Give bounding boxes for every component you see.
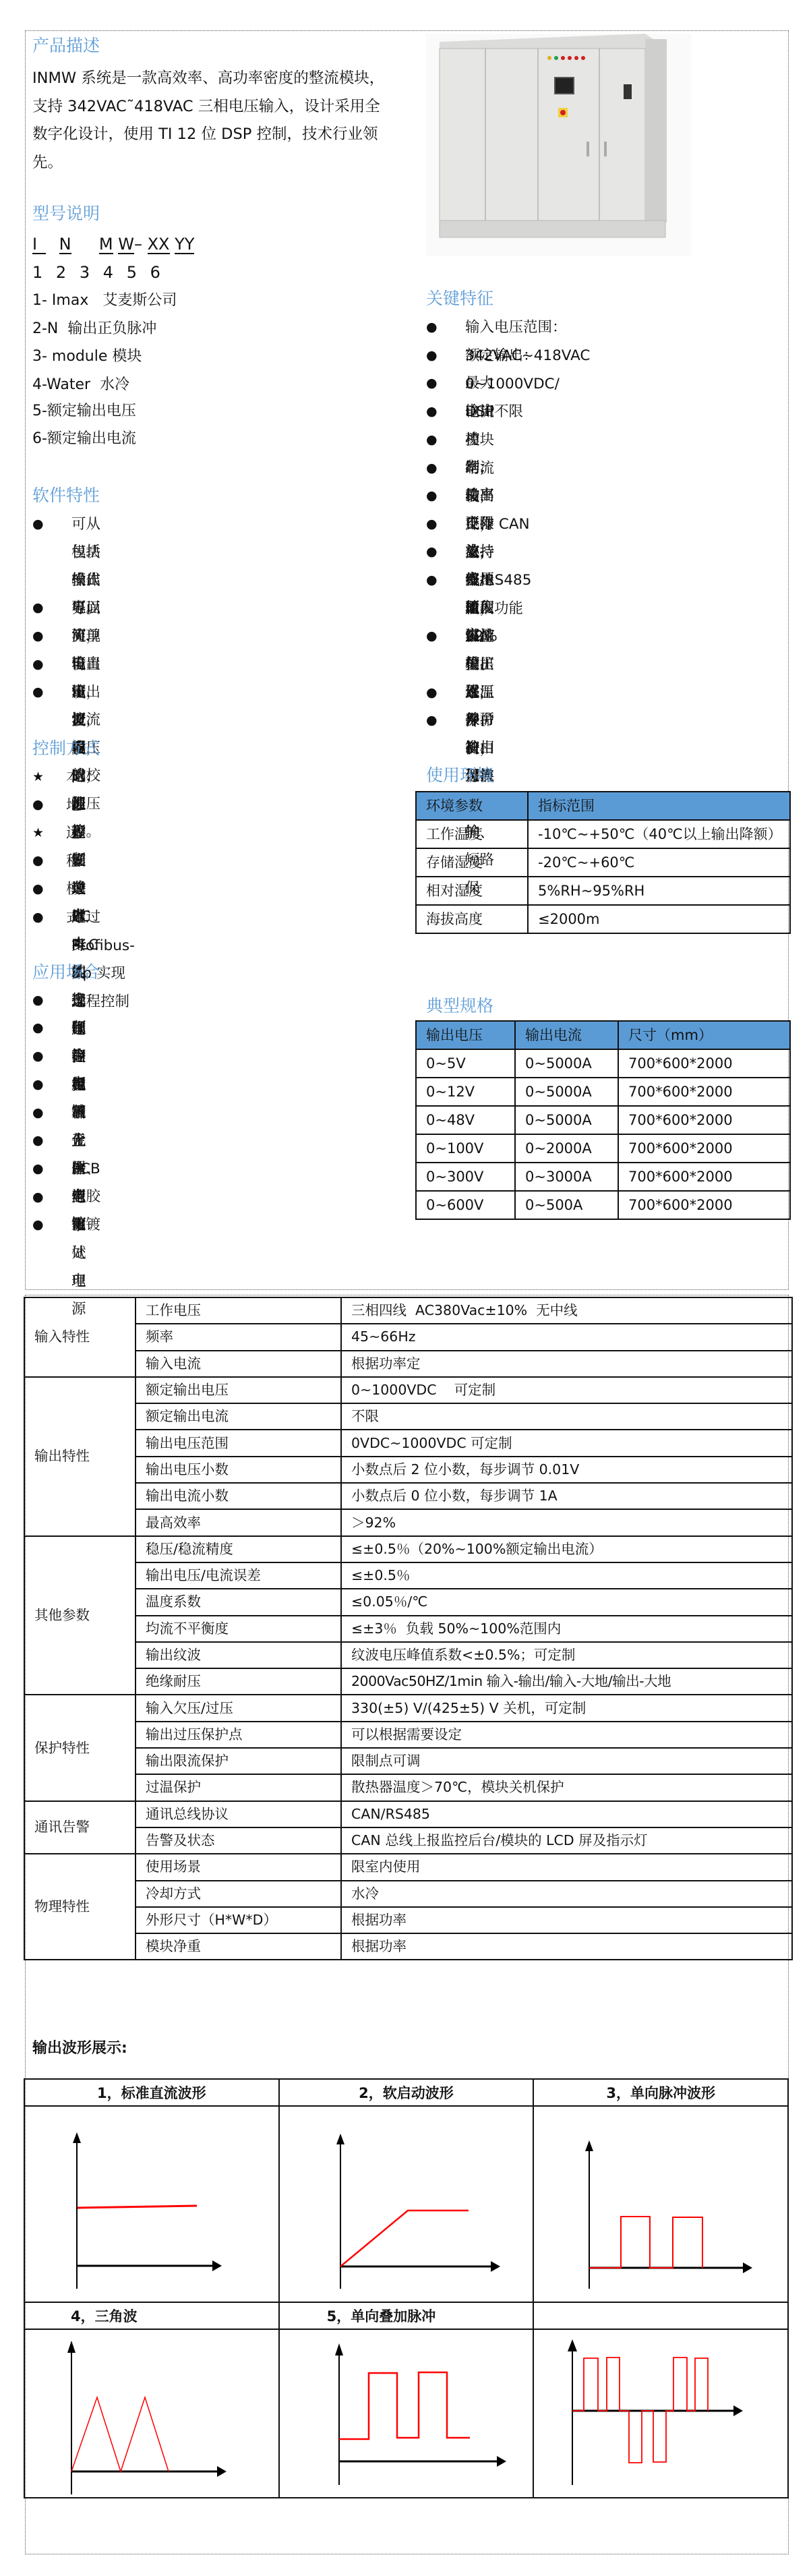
model-heading: 型号说明 (32, 204, 100, 224)
bullet-icon: ● (32, 791, 53, 819)
bullet-icon: ● (32, 510, 53, 539)
waveform-title: 3，单向脉冲波形 (533, 2079, 788, 2106)
bullet-icon: ● (426, 707, 446, 735)
specification-table: 输入特性工作电压三相四线 AC380Vac±10% 无中线 频率45~66Hz … (24, 1297, 793, 1960)
model-code: I N M W– XX YY (32, 235, 194, 254)
cabinet-image-icon (426, 34, 691, 256)
table-row: 输出纹波纹波电压峰值系数<±0.5%；可定制 (24, 1642, 792, 1668)
table-row: 输出特性额定输出电压0~1000VDC 可定制 (24, 1377, 792, 1403)
bullet-icon: ● (426, 566, 446, 595)
applications-heading: 应用场合 (32, 962, 100, 983)
bullet-icon: ● (426, 426, 446, 455)
table-row: 保护特性输入欠压/过压330(±5) V/(425±5) V 关机，可定制 (24, 1695, 792, 1721)
model-code-dash: – (134, 235, 142, 254)
table-row: 输出过压保护点可以根据需要设定 (24, 1722, 792, 1748)
bullet-icon: ● (32, 1099, 53, 1128)
waveform-section-label: 输出波形展示: (32, 2037, 127, 2057)
bullet-icon: ● (32, 1043, 53, 1071)
model-legend-4: 4-Water 水冷 (32, 376, 129, 394)
typical-heading: 典型规格 (426, 996, 493, 1016)
bullet-icon: ● (426, 679, 446, 707)
waveform-title: 2，软启动波形 (279, 2079, 534, 2106)
bullet-icon: ● (426, 370, 446, 398)
soft-start-waveform-icon (280, 2107, 535, 2302)
table-row: 0~100V0~2000A700*600*2000 (416, 1134, 790, 1163)
bullet-icon: ● (32, 904, 53, 932)
bullet-icon: ● (426, 538, 446, 566)
model-legend-1: 1- Imax 艾麦斯公司 (32, 291, 177, 310)
group-label: 通讯告警 (24, 1801, 136, 1854)
waveform-title (533, 2302, 788, 2329)
model-legend-3: 3- module 模块 (32, 347, 142, 366)
triangle-waveform-icon (25, 2330, 280, 2497)
waveform-title: 5，单向叠加脉冲 (279, 2302, 534, 2329)
table-row: 过温保护散热器温度＞70℃，模块关机保护 (24, 1774, 792, 1801)
model-code-part: M (99, 235, 113, 254)
superimposed-pulse-waveform-icon (280, 2330, 535, 2497)
bullet-icon: ● (426, 455, 446, 483)
table-row: 0~600V0~500A700*600*2000 (416, 1191, 790, 1219)
table-row: 相对湿度5%RH~95%RH (416, 877, 790, 905)
model-code-part: W (118, 235, 134, 254)
table-row: 工作温度-10℃~+50℃（40℃以上输出降额） (416, 820, 790, 848)
bullet-icon: ● (32, 1127, 53, 1155)
waveform-title: 1，标准直流波形 (24, 2079, 279, 2106)
typical-spec-table: 输出电压 输出电流 尺寸（mm） 0~5V0~5000A700*600*2000… (415, 1020, 791, 1220)
column-header: 指标范围 (528, 792, 790, 820)
table-row: 物理特性使用场景限室内使用 (24, 1854, 792, 1880)
table-row: 温度系数≤0.05％/℃ (24, 1589, 792, 1615)
group-label: 保护特性 (24, 1695, 136, 1801)
waveform-soft-start (279, 2106, 534, 2302)
group-label: 输出特性 (24, 1377, 136, 1536)
features-heading: 关键特征 (426, 289, 493, 309)
table-row: 输出电流小数小数点后 0 位小数，每步调节 1A (24, 1483, 792, 1509)
control-heading: 控制方式 (32, 738, 100, 759)
table-header-row: 环境参数 指标范围 (416, 792, 790, 820)
table-row: 输出限流保护限制点可调 (24, 1748, 792, 1774)
table-row: 0~12V0~5000A700*600*2000 (416, 1078, 790, 1106)
dc-waveform-icon (25, 2107, 280, 2302)
bipolar-pulse-waveform-icon (534, 2330, 789, 2497)
unipolar-pulse-waveform-icon (534, 2107, 789, 2302)
table-row: 频率45~66Hz (24, 1324, 792, 1350)
bullet-icon: ● (426, 314, 446, 342)
model-code-part: N (59, 235, 71, 254)
model-code-part: YY (175, 235, 194, 254)
bullet-icon: ● (426, 398, 446, 426)
bullet-icon: ● (426, 482, 446, 510)
model-legend-6: 6-额定输出电流 (32, 430, 136, 448)
waveform-triangle (24, 2329, 279, 2498)
table-row: 0~5V0~5000A700*600*2000 (416, 1049, 790, 1078)
table-row: 输入电流根据功率定 (24, 1351, 792, 1377)
star-icon: ★ (32, 763, 53, 792)
table-row: 告警及状态CAN 总线上报监控后台/模块的 LCD 屏及指示灯 (24, 1827, 792, 1854)
table-row: 模块净重根据功率 (24, 1933, 792, 1960)
group-label: 其他参数 (24, 1536, 136, 1695)
model-legend-2: 2-N 输出正负脉冲 (32, 320, 156, 339)
waveform-superimposed-pulse (279, 2329, 534, 2498)
model-digits: 1 2 3 4 5 6 (32, 263, 160, 282)
bullet-icon: ● (32, 1211, 53, 1239)
bullet-icon: ● (32, 1014, 53, 1043)
model-legend-5: 5-额定输出电压 (32, 402, 136, 421)
bullet-icon: ● (32, 651, 53, 679)
waveform-table: 1，标准直流波形 2，软启动波形 3，单向脉冲波形 (24, 2078, 789, 2498)
table-row: 冷却方式水冷 (24, 1881, 792, 1907)
table-row: 输入特性工作电压三相四线 AC380Vac±10% 无中线 (24, 1297, 792, 1324)
table-row: 外形尺寸（H*W*D）根据功率 (24, 1907, 792, 1933)
waveform-title: 4，三角波 (24, 2302, 279, 2329)
table-header-row: 输出电压 输出电流 尺寸（mm） (416, 1021, 790, 1049)
bullet-icon: ● (32, 987, 53, 1015)
environment-table: 环境参数 指标范围 工作温度-10℃~+50℃（40℃以上输出降额） 存储湿度-… (415, 791, 791, 934)
waveform-bipolar-pulse (533, 2329, 788, 2498)
table-row: 绝缘耐压2000Vac50HZ/1min 输入-输出/输入-大地/输出-大地 (24, 1668, 792, 1695)
bullet-icon: ● (32, 847, 53, 875)
bullet-icon: ● (32, 622, 53, 651)
bullet-icon: ● (426, 342, 446, 370)
table-row: 最高效率＞92% (24, 1509, 792, 1535)
star-icon: ★ (32, 819, 53, 848)
bullet-icon: ● (32, 594, 53, 622)
table-row: 额定输出电流不限 (24, 1403, 792, 1430)
column-header: 环境参数 (416, 792, 528, 820)
software-heading: 软件特性 (32, 486, 100, 506)
table-row: 输出电压范围0VDC~1000VDC 可定制 (24, 1430, 792, 1456)
waveform-unipolar-pulse (533, 2106, 788, 2302)
bullet-icon: ● (32, 1155, 53, 1183)
table-row: 0~300V0~3000A700*600*2000 (416, 1163, 790, 1191)
waveform-dc (24, 2106, 279, 2302)
table-row: 其他参数稳压/稳流精度≤±0.5％（20%~100%额定输出电流） (24, 1536, 792, 1562)
bullet-icon: ● (426, 622, 446, 651)
bullet-icon: ● (426, 510, 446, 539)
bullet-icon: ● (32, 1071, 53, 1099)
environment-heading: 使用环境 (426, 765, 493, 786)
description-heading: 产品描述 (32, 36, 100, 56)
bullet-icon: ● (32, 875, 53, 904)
group-label: 输入特性 (24, 1297, 136, 1377)
model-code-part: I (32, 235, 46, 254)
table-row: 输出电压/电流误差≤±0.5％ (24, 1562, 792, 1589)
table-row: 输出电压小数小数点后 2 位小数，每步调节 0.01V (24, 1457, 792, 1483)
model-code-part: XX (148, 235, 170, 254)
table-row: 海拔高度≤2000m (416, 905, 790, 933)
description-text: INMW 系统是一款高效率、高功率密度的整流模块，支持 342VAC˜418VA… (32, 65, 390, 177)
table-row: 0~48V0~5000A700*600*2000 (416, 1106, 790, 1134)
table-row: 存储湿度-20℃~+60℃ (416, 848, 790, 877)
bullet-icon: ● (32, 1183, 53, 1212)
product-photo (426, 34, 691, 256)
table-row: 通讯告警通讯总线协议CAN/RS485 (24, 1801, 792, 1827)
bullet-icon: ● (32, 678, 53, 707)
table-row: 均流不平衡度≤±3％ 负载 50%~100%范围内 (24, 1616, 792, 1642)
group-label: 物理特性 (24, 1854, 136, 1960)
